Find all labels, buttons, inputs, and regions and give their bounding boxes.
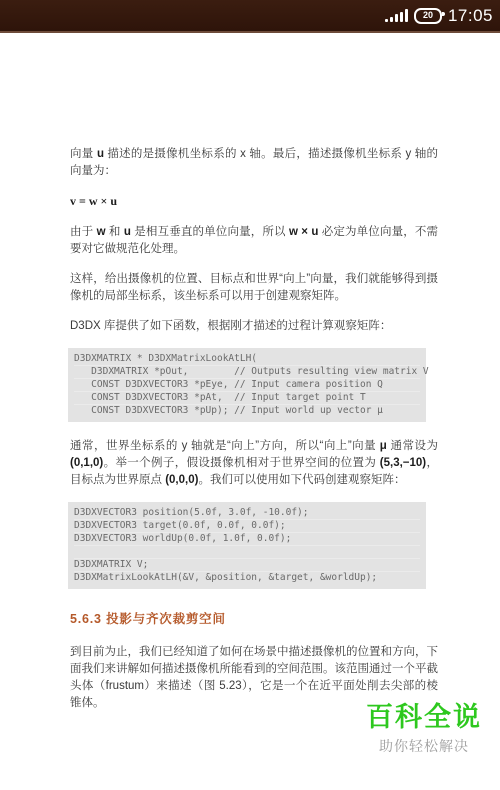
paragraph-up-vector-example: 通常，世界坐标系的 y 轴就是“向上”方向，所以“向上”向量 μ 通常设为 (0…: [70, 438, 438, 489]
paragraph-unit-vector: 由于 w 和 u 是相互垂直的单位向量，所以 w × u 必定为单位向量，不需要…: [70, 224, 438, 258]
document-page: 向量 u 描述的是摄像机坐标系的 x 轴。最后，描述摄像机坐标系 y 轴的向量为…: [0, 33, 500, 712]
paragraph-vector-u: 向量 u 描述的是摄像机坐标系的 x 轴。最后，描述摄像机坐标系 y 轴的向量为…: [70, 146, 438, 180]
paragraph-d3dx-intro: D3DX 库提供了如下函数，根据刚才描述的过程计算观察矩阵：: [70, 318, 438, 335]
watermark-brand: 百科全说 助你轻松解决: [366, 701, 482, 756]
phone-screen: 20 17:05 向量 u 描述的是摄像机坐标系的 x 轴。最后，描述摄像机坐标…: [0, 0, 500, 790]
battery-level: 20: [423, 11, 433, 20]
brand-title: 百科全说: [366, 701, 482, 733]
signal-bars-icon: [385, 7, 408, 24]
status-bar: 20 17:05: [0, 0, 500, 33]
battery-icon: 20: [414, 8, 442, 24]
section-heading-563: 5.6.3 投影与齐次裁剪空间: [70, 611, 438, 628]
code-block-lookat-example: D3DXVECTOR3 position(5.0f, 3.0f, -10.0f)…: [68, 502, 426, 589]
paragraph-camera-basis: 这样，给出摄像机的位置、目标点和世界“向上”向量，我们就能够得到摄像机的局部坐标…: [70, 271, 438, 305]
brand-subtitle: 助你轻松解决: [366, 736, 482, 756]
vector-cross-formula: v = w × u: [70, 193, 438, 210]
code-block-lookat-signature: D3DXMATRIX * D3DXMatrixLookAtLH( D3DXMAT…: [68, 348, 426, 422]
clock: 17:05: [448, 6, 493, 26]
